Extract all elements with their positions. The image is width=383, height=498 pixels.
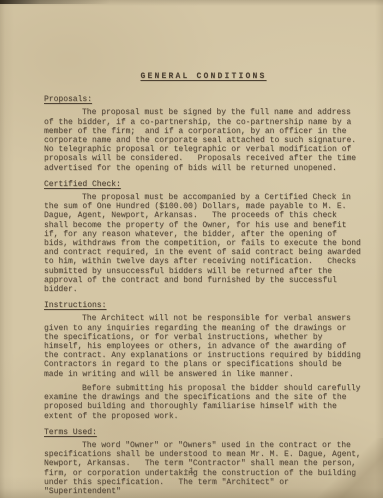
page-number: -1-: [0, 467, 383, 476]
paragraph-instructions-2: Before submitting his proposal the bidde…: [44, 384, 363, 421]
paragraph-proposals: The proposal must be signed by the full …: [44, 108, 363, 172]
section-instructions: Instructions: The Architect will not be …: [44, 301, 363, 420]
section-heading-certified-check: Certified Check:: [44, 180, 363, 189]
section-proposals: Proposals: The proposal must be signed b…: [44, 95, 363, 173]
paragraph-instructions-1: The Architect will not be responsible fo…: [44, 314, 363, 378]
section-heading-instructions: Instructions:: [44, 301, 363, 310]
document-content: GENERAL CONDITIONS Proposals: The propos…: [0, 0, 383, 496]
section-heading-terms-used: Terms Used:: [44, 428, 363, 437]
section-certified-check: Certified Check: The proposal must be ac…: [44, 180, 363, 294]
paragraph-certified-check: The proposal must be accompanied by a Ce…: [44, 193, 363, 294]
section-terms-used: Terms Used: The word "Owner" or "Owners"…: [44, 428, 363, 496]
document-title: GENERAL CONDITIONS: [44, 72, 363, 81]
section-heading-proposals: Proposals:: [44, 95, 363, 104]
scanned-document-page: GENERAL CONDITIONS Proposals: The propos…: [0, 0, 383, 498]
